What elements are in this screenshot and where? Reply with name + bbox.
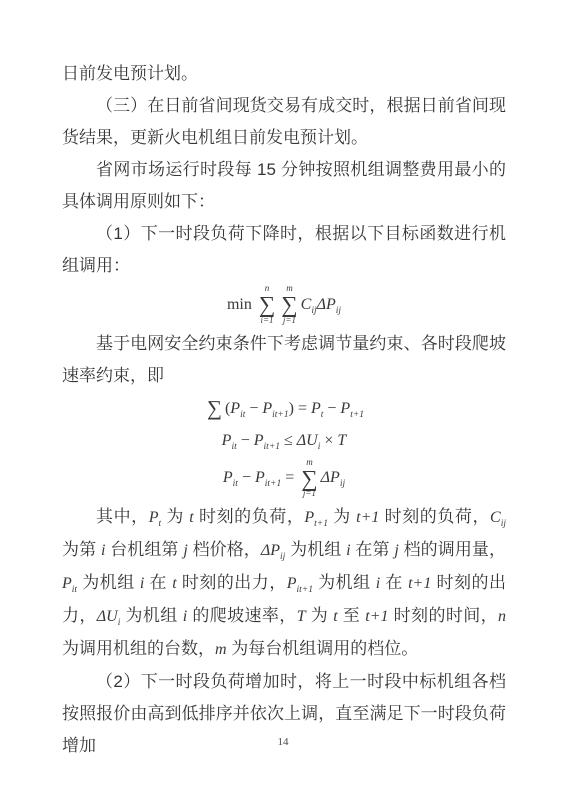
math-subscript: it	[233, 479, 238, 489]
text-run: 日前发电预计划。	[62, 64, 198, 83]
document-content: 日前发电预计划。（三）在日前省间现货交易有成交时，根据日前省间现货结果，更新火电…	[62, 58, 506, 762]
math-subscript: ij	[340, 479, 345, 489]
formula-variable: Pit	[223, 463, 238, 493]
math-operator: −	[245, 394, 262, 424]
sum-lower-limit: j=1	[303, 489, 316, 499]
formula-variable: Pit+1	[255, 463, 281, 493]
formula-variable: T	[337, 426, 346, 456]
text-run: 基于电网安全约束条件下考虑调节量约束、各时段爬坡速率约束，即	[62, 334, 506, 385]
math-subscript: it	[231, 442, 236, 452]
inline-math: m	[215, 641, 227, 658]
sigma-symbol: ∑	[207, 398, 222, 419]
math-operator: ) =	[289, 394, 311, 424]
inline-math: Pit+1	[287, 575, 313, 592]
sum-operator: m∑j=1	[301, 458, 317, 500]
document-page: 日前发电预计划。（三）在日前省间现货交易有成交时，根据日前省间现货结果，更新火电…	[0, 0, 566, 800]
text-run: 为机组	[285, 540, 346, 559]
inline-math: n	[498, 608, 506, 625]
math-subscript: ij	[280, 552, 285, 562]
formula-variable: Pit+1	[262, 394, 288, 424]
sigma-symbol: ∑	[259, 294, 275, 316]
math-operator: ×	[320, 426, 337, 456]
inline-math: Pit	[62, 575, 77, 592]
text-run: 为	[328, 507, 356, 526]
text-run: 档价格，	[188, 540, 261, 559]
sigma-symbol: ∑	[301, 468, 317, 490]
text-run: 为调用机组的台数，	[62, 639, 215, 658]
display-formula: Pit − Pit+1 = m∑j=1ΔPij	[62, 458, 506, 500]
math-subscript: t+1	[314, 519, 328, 529]
paragraph: 其中，Pt 为 t 时刻的负荷，Pt+1 为 t+1 时刻的负荷，Cij 为第 …	[62, 501, 506, 666]
text-run: 为机组	[313, 573, 376, 592]
math-subscript: i	[118, 618, 121, 628]
display-formula: min n∑i=1m∑j=1CijΔPij	[62, 284, 506, 326]
text-run: 在第	[351, 540, 395, 559]
math-subscript: it+1	[297, 585, 313, 595]
formula-variable: Pit+1	[254, 426, 280, 456]
sigma-symbol: ∑	[281, 294, 297, 316]
text-run: 省网市场运行时段每 15 分钟按照机组调整费用最小的具体调用原则如下：	[62, 160, 506, 211]
text-run: 至	[338, 606, 366, 625]
text-run: 为	[306, 606, 334, 625]
text-run: 其中，	[96, 507, 149, 526]
math-subscript: ij	[311, 306, 316, 316]
text-run: 时刻的负荷，	[379, 507, 490, 526]
math-subscript: it	[240, 410, 245, 420]
math-subscript: ij	[501, 519, 506, 529]
paragraph: 省网市场运行时段每 15 分钟按照机组调整费用最小的具体调用原则如下：	[62, 154, 506, 218]
sum-operator: m∑j=1	[281, 284, 297, 326]
text-run: 时刻的出力，	[177, 573, 287, 592]
text-run: 在	[144, 573, 172, 592]
formula-variable: Pit	[230, 394, 245, 424]
inline-math: t+1	[365, 608, 388, 625]
inline-math: t+1	[408, 575, 431, 592]
math-operator: ≤	[280, 426, 297, 456]
display-formula: Pit − Pit+1 ≤ ΔUi × T	[62, 426, 506, 456]
math-operator: −	[323, 394, 340, 424]
text-run: 在	[380, 573, 408, 592]
math-operator: −	[238, 463, 255, 493]
formula-variable: ΔPij	[321, 463, 345, 493]
math-operator: =	[281, 463, 298, 493]
text-run: 时刻的负荷，	[194, 507, 305, 526]
paragraph: 日前发电预计划。	[62, 58, 506, 90]
formula-variable: Pt+1	[340, 394, 364, 424]
text-run: 为每台机组调用的档位。	[227, 639, 419, 658]
paragraph: （1）下一时段负荷下降时，根据以下目标函数进行机组调用：	[62, 218, 506, 282]
sum-lower-limit: j=1	[283, 316, 296, 326]
sum-operator: n∑i=1	[259, 284, 275, 326]
inline-math: ΔPij	[261, 542, 285, 559]
text-run: 为	[161, 507, 189, 526]
math-subscript: t	[158, 519, 161, 529]
paragraph: 基于电网安全约束条件下考虑调节量约束、各时段爬坡速率约束，即	[62, 328, 506, 392]
inline-math: Pt+1	[304, 509, 328, 526]
math-operator: min	[227, 290, 256, 320]
text-run: 为机组	[77, 573, 140, 592]
paragraph: （三）在日前省间现货交易有成交时，根据日前省间现货结果，更新火电机组日前发电预计…	[62, 90, 506, 154]
formula-variable: ΔPij	[317, 290, 341, 320]
math-subscript: t+1	[350, 410, 364, 420]
text-run: 为机组	[120, 606, 182, 625]
inline-math: Cij	[490, 509, 506, 526]
inline-math: T	[297, 608, 306, 625]
math-subscript: t	[321, 410, 324, 420]
page-number: 14	[0, 736, 566, 748]
formula-variable: Cij	[301, 290, 317, 320]
sum-lower-limit: i=1	[260, 316, 273, 326]
inline-math: Pt	[149, 509, 161, 526]
math-subscript: it	[72, 585, 77, 595]
text-run: 时刻的时间，	[389, 606, 498, 625]
inline-math: ΔUi	[97, 608, 121, 625]
text-run: 台机组第	[105, 540, 183, 559]
math-subscript: it+1	[272, 410, 288, 420]
text-run: 为第	[62, 540, 101, 559]
math-subscript: ij	[336, 306, 341, 316]
math-subscript: it+1	[265, 479, 281, 489]
formula-variable: ΔUi	[297, 426, 321, 456]
math-operator: −	[237, 426, 254, 456]
text-run: （三）在日前省间现货交易有成交时，根据日前省间现货结果，更新火电机组日前发电预计…	[62, 96, 506, 147]
formula-variable: Pt	[311, 394, 323, 424]
math-subscript: i	[318, 442, 321, 452]
text-run: 档的调用量，	[399, 540, 506, 559]
display-formula: ∑(Pit − Pit+1) = Pt − Pt+1	[62, 394, 506, 424]
formula-variable: Pit	[222, 426, 237, 456]
math-subscript: it+1	[264, 442, 280, 452]
sum-operator: ∑	[207, 398, 222, 419]
inline-math: t+1	[356, 509, 379, 526]
text-run: （1）下一时段负荷下降时，根据以下目标函数进行机组调用：	[62, 224, 506, 275]
text-run: 的爬坡速率，	[187, 606, 296, 625]
